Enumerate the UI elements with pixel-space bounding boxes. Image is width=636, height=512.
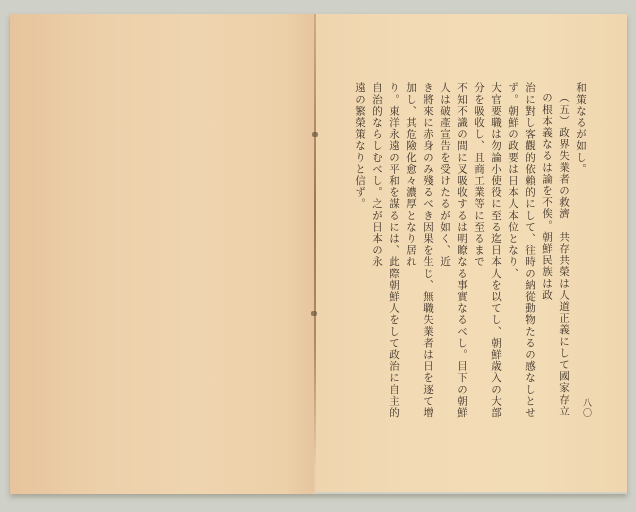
text-column: 遠の繁榮策なりと信ず。: [351, 82, 368, 422]
binding-staple-hole: [311, 311, 317, 316]
text-column: り。東洋永遠の平和を謀るには、此際朝鮮人をして政治に自主的自治的ならしむべし。之…: [368, 82, 402, 422]
right-page: 和策なるが如し。 （五）政界失業者の救濟 共存共榮は人道正義にして國家存立の根本…: [315, 14, 627, 492]
book-spine-gutter: [314, 14, 316, 494]
text-column: き將來に赤身のみ殘るべき因果を生じ、無職失業者は日を逐て增加し、其危險化愈々濃厚…: [402, 82, 436, 422]
text-column: 不知不識の間に叉吸收するは明瞭なる事實なるべし。目下の朝鮮人は破產宣告を受けたる…: [436, 82, 470, 422]
section-heading-column: （五）政界失業者の救濟 共存共榮は人道正義にして國家存立の根本義なるは論を不俟。…: [538, 82, 572, 422]
text-column: 治に對し客觀的依賴的にして、往時の納從動物たるの感なしとせず。朝鮮の政要は日本人…: [504, 82, 538, 422]
text-column: 和策なるが如し。: [572, 82, 589, 422]
text-column: 大官要職は勿論小使役に至る迄日本人を以てし、朝鮮歳入の大部分を吸收し、且商工業等…: [470, 82, 504, 422]
page-number: 八〇: [580, 398, 593, 418]
vertical-text-body: 和策なるが如し。 （五）政界失業者の救濟 共存共榮は人道正義にして國家存立の根本…: [351, 82, 589, 422]
binding-staple-hole: [312, 132, 318, 137]
open-book-spread: 和策なるが如し。 （五）政界失業者の救濟 共存共榮は人道正義にして國家存立の根本…: [10, 14, 627, 494]
left-page-blank: [10, 14, 315, 494]
